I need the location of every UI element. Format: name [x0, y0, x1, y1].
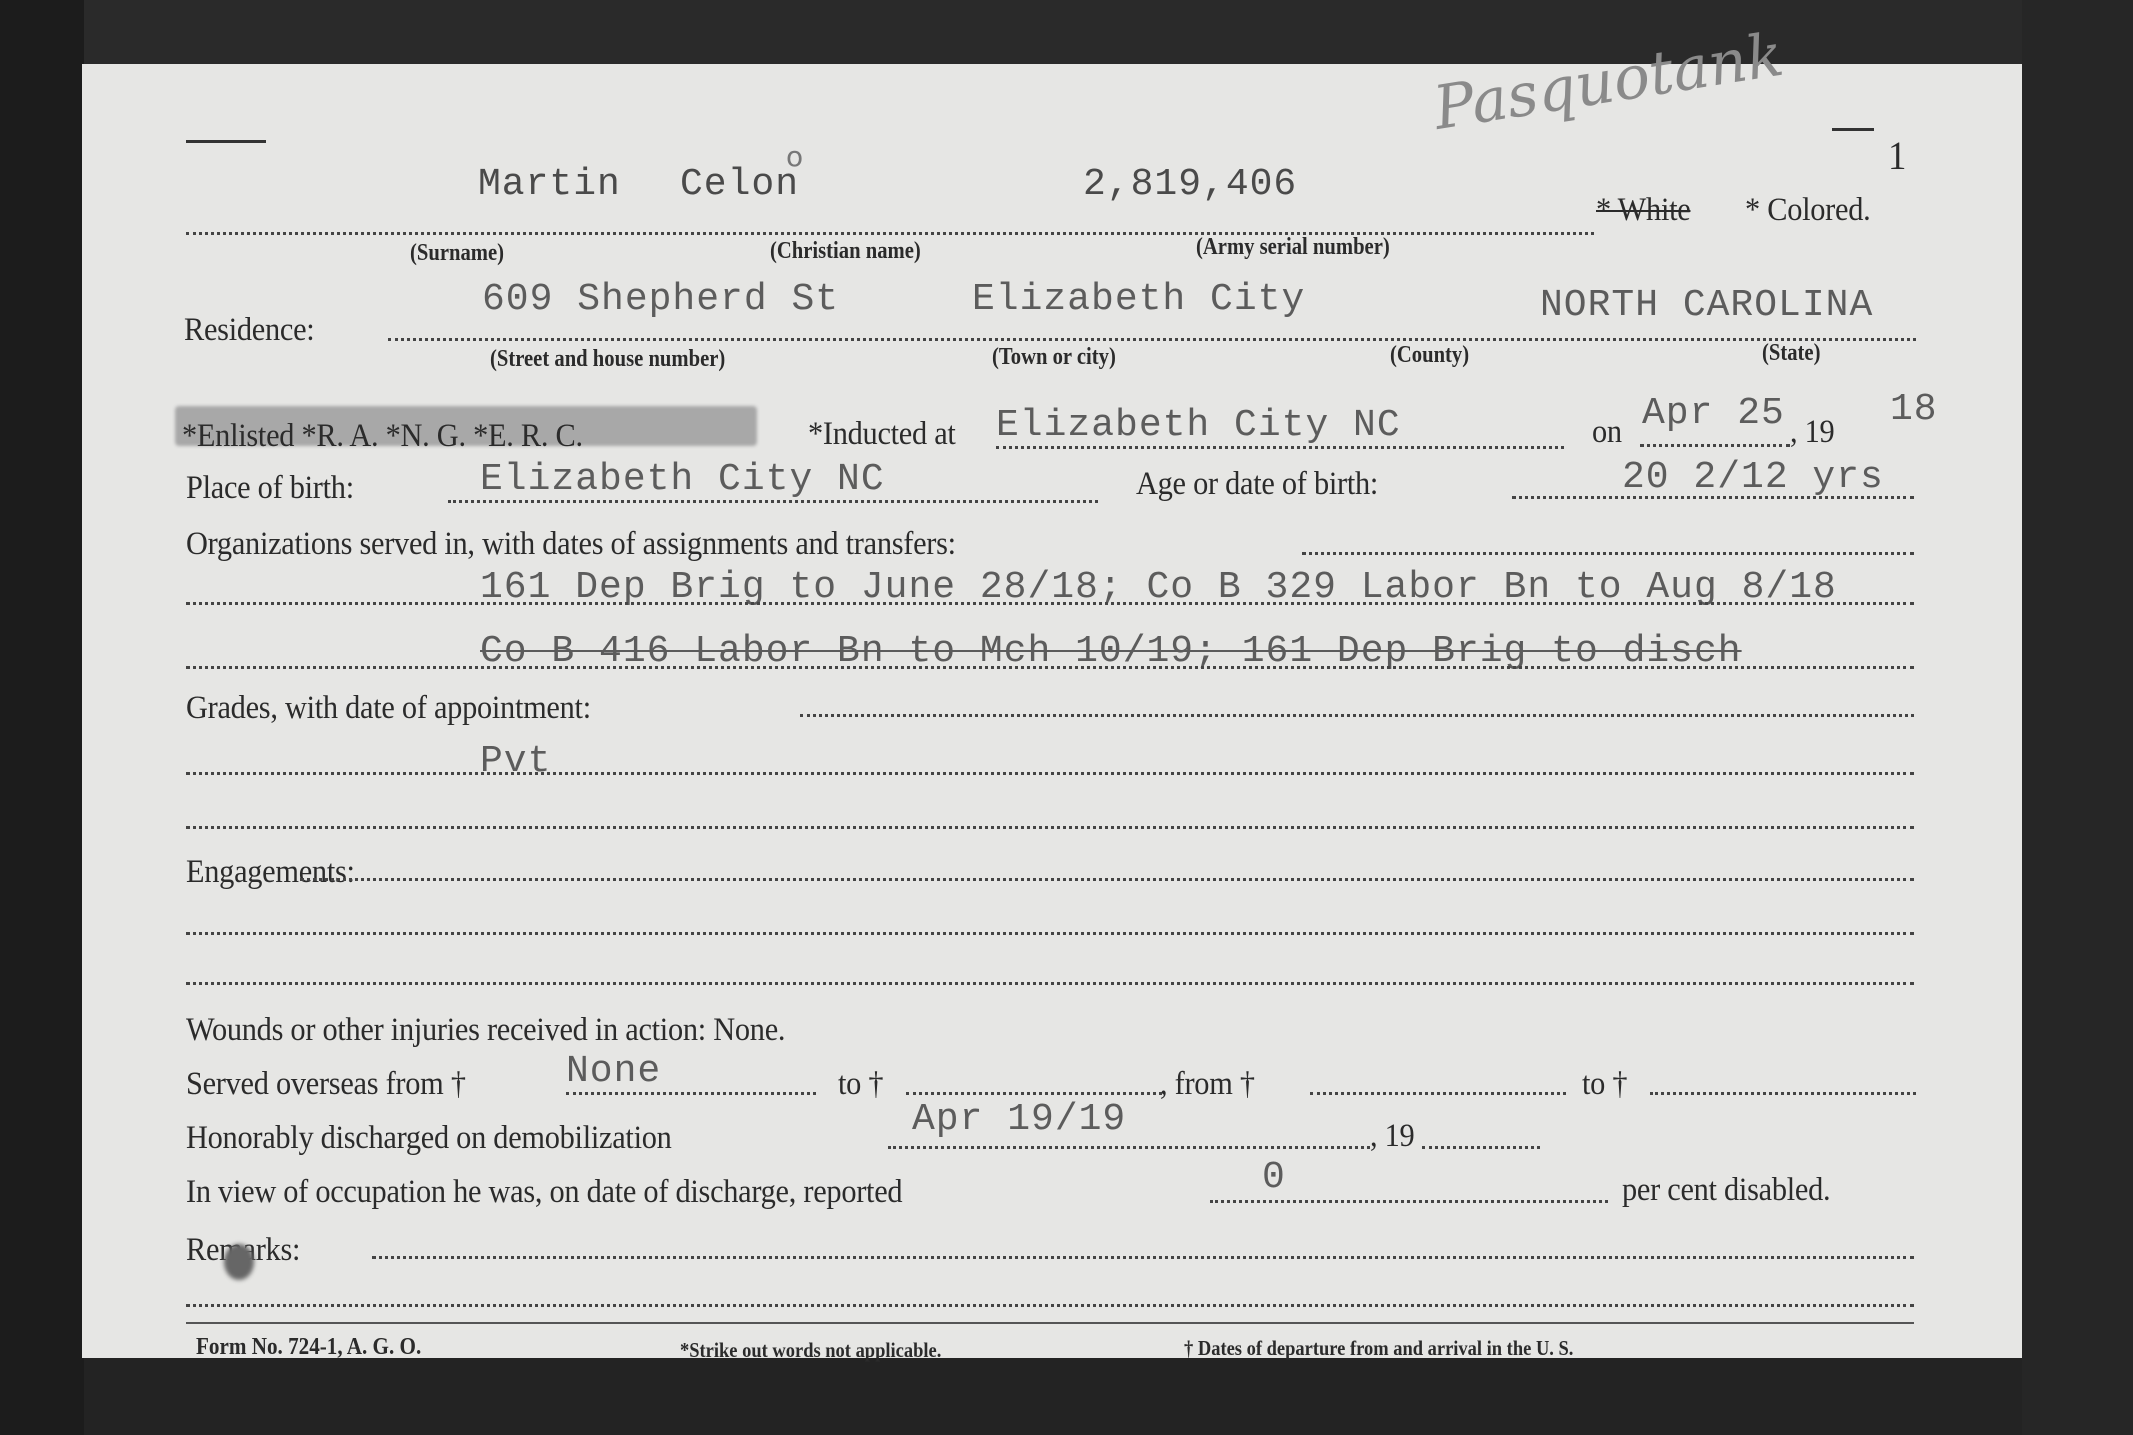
grades-header-line	[800, 714, 1914, 717]
remarks-line-1	[372, 1256, 1914, 1259]
residence-street-value: 609 Shepherd St	[482, 278, 839, 321]
overseas-to2-label: to †	[1582, 1066, 1627, 1103]
organizations-line-2	[186, 666, 1914, 669]
state-caption: (State)	[1762, 340, 1820, 367]
top-left-dash	[186, 140, 266, 143]
grades-label: Grades, with date of appointment:	[186, 690, 591, 727]
served-overseas-label: Served overseas from †	[186, 1066, 466, 1103]
background-right	[2022, 0, 2133, 1435]
christian-name-caption: (Christian name)	[770, 238, 921, 265]
engagements-line-1	[186, 932, 1914, 935]
age-value: 20 2/12 yrs	[1622, 456, 1884, 499]
inducted-at-label: *Inducted at	[808, 416, 956, 453]
grades-line-1	[186, 772, 1914, 775]
induction-year-prefix: , 19	[1790, 414, 1834, 451]
discharge-year-line	[1422, 1146, 1540, 1149]
induction-date-line	[1640, 444, 1790, 447]
discharge-date-value: Apr 19/19	[912, 1098, 1126, 1141]
overseas-to-label: to †	[838, 1066, 883, 1103]
on-label: on	[1592, 414, 1622, 451]
served-overseas-value: None	[566, 1050, 661, 1093]
residence-label: Residence:	[184, 312, 314, 349]
residence-state-value: NORTH CAROLINA	[1540, 284, 1873, 327]
place-of-birth-line	[448, 500, 1098, 503]
surname-value: Martin	[478, 163, 621, 206]
induction-year-value: 18	[1890, 388, 1938, 431]
age-label: Age or date of birth:	[1136, 466, 1378, 503]
age-line	[1512, 496, 1914, 499]
army-serial-caption: (Army serial number)	[1196, 234, 1390, 261]
street-caption: (Street and house number)	[490, 346, 725, 373]
engagements-header-line	[300, 878, 1914, 881]
race-colored: * Colored.	[1745, 192, 1870, 229]
grade-value: Pvt	[480, 740, 551, 783]
overseas-from2-label: , from †	[1160, 1066, 1255, 1103]
strike-out-note: *Strike out words not applicable.	[680, 1338, 941, 1363]
race-white-struck: * White	[1596, 192, 1690, 229]
overseas-from-line	[566, 1092, 816, 1095]
christian-name-correction: o	[786, 140, 803, 173]
residence-town-value: Elizabeth City	[972, 278, 1305, 321]
card-number: 1	[1888, 132, 1906, 179]
discharge-year-suffix: , 19	[1370, 1118, 1414, 1155]
inducted-place-value: Elizabeth City NC	[996, 404, 1401, 447]
army-serial-number-value: 2,819,406	[1083, 163, 1297, 206]
place-of-birth-value: Elizabeth City NC	[480, 458, 885, 501]
occupation-label: In view of occupation he was, on date of…	[186, 1174, 902, 1211]
organizations-line-1	[186, 602, 1914, 605]
percent-disabled-line	[1210, 1200, 1608, 1203]
enlisted-options: *Enlisted *R. A. *N. G. *E. R. C.	[182, 418, 583, 455]
inducted-line	[996, 446, 1564, 449]
engagements-line-2	[186, 982, 1914, 985]
percent-disabled-value: 0	[1262, 1156, 1286, 1199]
background-bottom	[84, 1358, 2022, 1435]
residence-line	[388, 338, 1916, 341]
discharge-date-line	[888, 1146, 1370, 1149]
county-caption: (County)	[1390, 342, 1469, 369]
organizations-label: Organizations served in, with dates of a…	[186, 526, 956, 563]
form-number: Form No. 724-1, A. G. O.	[196, 1334, 421, 1361]
overseas-to2-line	[1650, 1092, 1916, 1095]
overseas-to-line	[906, 1092, 1162, 1095]
wounds-label: Wounds or other injuries received in act…	[186, 1012, 785, 1049]
dates-note: † Dates of departure from and arrival in…	[1184, 1336, 1573, 1361]
engagements-label: Engagements:	[186, 854, 355, 891]
top-right-dash	[1832, 128, 1874, 131]
town-caption: (Town or city)	[992, 344, 1116, 371]
surname-caption: (Surname)	[410, 240, 504, 267]
overseas-from2-line	[1310, 1092, 1566, 1095]
grades-line-2	[186, 826, 1914, 829]
ink-blot	[224, 1244, 254, 1280]
christian-name-value: Celon	[680, 163, 799, 206]
organizations-header-line	[1302, 552, 1914, 555]
background-left	[0, 0, 84, 1435]
footer-rule	[186, 1322, 1914, 1324]
place-of-birth-label: Place of birth:	[186, 470, 354, 507]
induction-date-value: Apr 25	[1642, 392, 1785, 435]
honorably-discharged-label: Honorably discharged on demobilization	[186, 1120, 672, 1157]
per-cent-disabled-label: per cent disabled.	[1622, 1172, 1830, 1209]
remarks-line-2	[186, 1304, 1914, 1307]
